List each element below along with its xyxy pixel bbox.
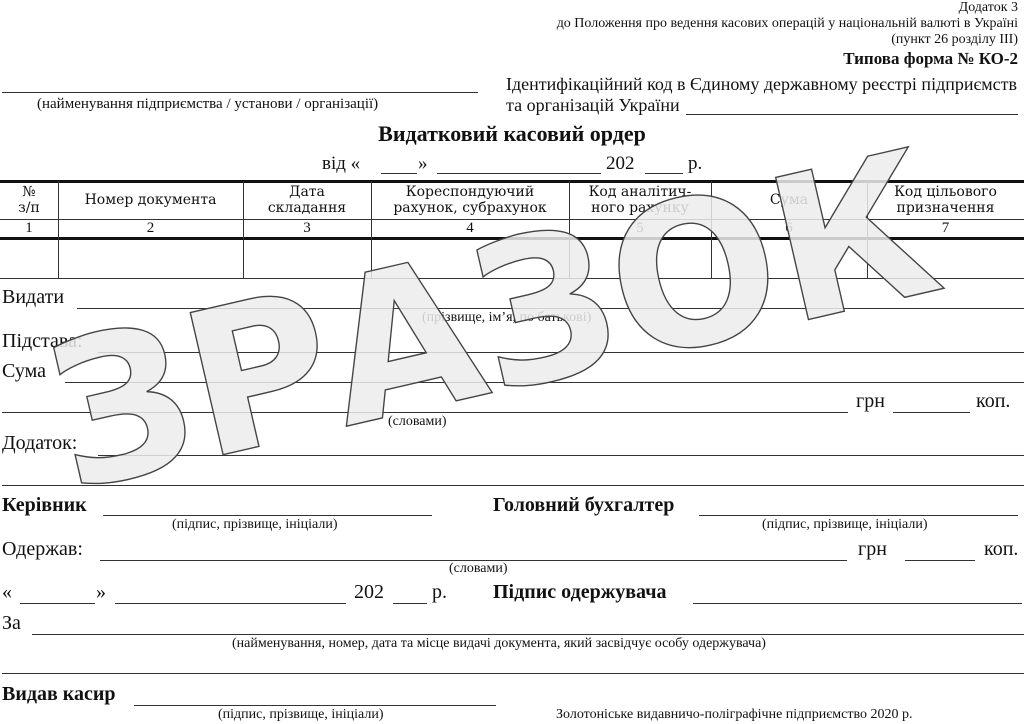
attachment-field[interactable] xyxy=(98,455,1024,456)
recipient-signature-label: Підпис одержувача xyxy=(493,581,666,604)
appendix-label: Додаток 3 xyxy=(959,0,1018,16)
order-year-prefix: 202 xyxy=(606,153,635,175)
cashier-hint: (підпис, прізвище, ініціали) xyxy=(218,707,384,723)
id-document-field[interactable] xyxy=(32,634,1024,635)
column-index: 4 xyxy=(371,220,569,237)
clause-reference: (пункт 26 розділу III) xyxy=(891,32,1018,48)
id-document-field-2[interactable] xyxy=(2,673,1024,674)
issue-to-field[interactable] xyxy=(77,308,1024,309)
chief-accountant-label: Головний бухгалтер xyxy=(493,494,674,517)
sum-field[interactable] xyxy=(65,382,1024,383)
received-label: Одержав: xyxy=(2,538,83,561)
chief-accountant-hint: (підпис, прізвище, ініціали) xyxy=(762,517,928,533)
column-header-corresponding-account: Кореспондуючийрахунок, субрахунок xyxy=(371,184,569,216)
form-number: Типова форма № КО-2 xyxy=(843,49,1018,69)
basis-field[interactable] xyxy=(98,352,1024,353)
order-year-field[interactable] xyxy=(645,173,683,174)
column-header-sum: Сума xyxy=(711,192,867,208)
attachment-field-2[interactable] xyxy=(2,485,1024,486)
received-kop-field[interactable] xyxy=(905,560,975,561)
head-label: Керівник xyxy=(2,494,87,517)
column-index: 6 xyxy=(711,220,867,237)
column-index: 7 xyxy=(867,220,1024,237)
chief-accountant-signature-field[interactable] xyxy=(699,515,1018,516)
sum-hint: (словами) xyxy=(388,414,447,430)
order-year-suffix: р. xyxy=(688,153,702,175)
by-label: За xyxy=(2,612,21,635)
received-hint: (словами) xyxy=(449,561,508,577)
order-month-field[interactable] xyxy=(437,173,601,174)
id-document-hint: (найменування, номер, дата та місце вида… xyxy=(232,636,766,652)
receipt-date-close: » xyxy=(96,581,106,604)
sum-kop-field[interactable] xyxy=(893,412,970,413)
date-prefix: від « xyxy=(322,153,360,175)
column-header-document-number: Номер документа xyxy=(58,192,243,208)
organization-name-field[interactable] xyxy=(2,92,478,93)
id-code-label-line2: та організацій України xyxy=(506,95,680,116)
receipt-year-prefix: 202 xyxy=(354,581,384,604)
received-uah-label: грн xyxy=(858,538,887,561)
column-index: 3 xyxy=(243,220,371,237)
order-day-field[interactable] xyxy=(381,173,417,174)
cashier-signature-field[interactable] xyxy=(134,705,496,706)
id-code-label-line1: Ідентифікаційний код в Єдиному державном… xyxy=(506,74,1017,95)
issue-label: Видати xyxy=(2,286,64,309)
date-mid: » xyxy=(418,153,428,175)
column-header-number: №з/п xyxy=(0,184,58,216)
cell-corresponding-account[interactable] xyxy=(372,239,569,277)
organization-hint: (найменування підприємства / установи / … xyxy=(37,96,378,113)
column-index: 5 xyxy=(569,220,711,237)
receipt-date-open: « xyxy=(2,581,12,604)
receipt-year-suffix: р. xyxy=(432,581,447,604)
cell-number[interactable] xyxy=(0,239,58,277)
cell-date[interactable] xyxy=(244,239,371,277)
cell-purpose-code[interactable] xyxy=(868,239,1024,277)
publisher-imprint: Золотоніське видавничо-поліграфічне підп… xyxy=(556,707,913,723)
cell-sum[interactable] xyxy=(712,239,867,277)
cashier-label: Видав касир xyxy=(2,683,116,706)
column-header-date: Датаскладання xyxy=(243,184,371,216)
sum-kop-label: коп. xyxy=(976,390,1010,413)
id-code-field[interactable] xyxy=(686,114,1018,115)
basis-label: Підстава: xyxy=(2,330,83,353)
received-kop-label: коп. xyxy=(984,538,1018,561)
cell-analytic-code[interactable] xyxy=(570,239,711,277)
recipient-signature-field[interactable] xyxy=(693,603,1022,604)
sum-label: Сума xyxy=(2,360,46,383)
issue-hint: (прізвище, ім’я, по батькові) xyxy=(422,310,591,326)
column-index: 1 xyxy=(0,220,58,237)
head-hint: (підпис, прізвище, ініціали) xyxy=(172,517,338,533)
sum-words-field[interactable] xyxy=(2,412,848,413)
document-title: Видатковий касовий ордер xyxy=(0,121,1024,147)
sum-uah-label: грн xyxy=(856,390,885,413)
head-signature-field[interactable] xyxy=(103,515,432,516)
regulation-reference: до Положення про ведення касових операці… xyxy=(557,16,1018,32)
column-header-analytic-code: Код аналітич-ного рахунку xyxy=(569,184,711,216)
attachment-label: Додаток: xyxy=(2,432,77,455)
receipt-month-field[interactable] xyxy=(115,603,346,604)
receipt-year-field[interactable] xyxy=(393,603,427,604)
column-index: 2 xyxy=(58,220,243,237)
column-header-purpose-code: Код цільовогопризначення xyxy=(867,184,1024,216)
receipt-day-field[interactable] xyxy=(20,603,95,604)
cell-document-number[interactable] xyxy=(59,239,243,277)
